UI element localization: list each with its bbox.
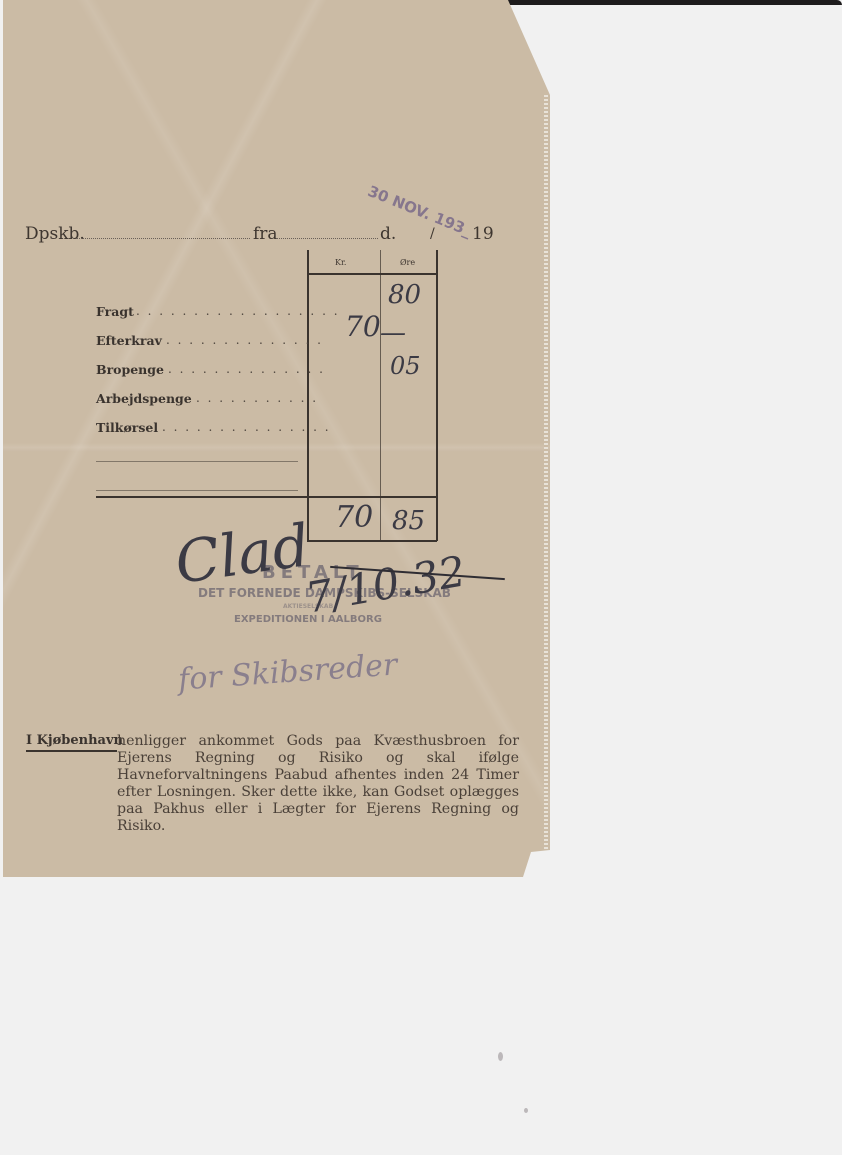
row-label-tilkorsel: Tilkørsel bbox=[96, 420, 158, 435]
year-prefix: 19 bbox=[472, 224, 494, 244]
table-header-line bbox=[307, 273, 437, 275]
leader-dots: . . . . . . . . . . . . . . bbox=[168, 362, 325, 376]
blank-row-line-1 bbox=[96, 461, 298, 462]
blank-row-line-2 bbox=[96, 490, 298, 491]
efterkrav-ore-dash: — bbox=[380, 318, 406, 348]
leader-dots: . . . . . . . . . . . . . . . . . . bbox=[136, 304, 340, 318]
column-ore: Øre bbox=[400, 258, 415, 267]
row-label-bropenge: Bropenge bbox=[96, 362, 164, 377]
total-kr-value: 70 bbox=[335, 500, 373, 535]
row-label-fragt: Fragt bbox=[96, 304, 134, 319]
scanner-edge bbox=[508, 0, 842, 5]
vessel-label: Dpskb. bbox=[25, 224, 85, 244]
table-bottom-line bbox=[307, 540, 437, 542]
leader-dots: . . . . . . . . . . . . . . . bbox=[162, 420, 331, 434]
efterkrav-kr-value: 70 bbox=[345, 310, 381, 343]
notice-heading: I Kjøbenhavn bbox=[26, 733, 123, 748]
date-label: d. bbox=[380, 224, 396, 244]
leader-dots: . . . . . . . . . . . bbox=[196, 391, 318, 405]
bropenge-ore-value: 05 bbox=[390, 352, 421, 380]
vessel-field bbox=[76, 238, 250, 239]
leader-dots: . . . . . . . . . . . . . . bbox=[166, 333, 323, 347]
notice-heading-underline bbox=[26, 750, 117, 752]
from-label: fra bbox=[253, 224, 278, 244]
total-ore-value: 85 bbox=[392, 506, 425, 536]
paid-stamp-office: EXPEDITIONEN I AALBORG bbox=[234, 614, 382, 625]
row-label-arbejdspenge: Arbejdspenge bbox=[96, 391, 192, 406]
scan-speck bbox=[524, 1108, 528, 1113]
row-label-efterkrav: Efterkrav bbox=[96, 333, 162, 348]
fragt-ore-value: 80 bbox=[388, 280, 421, 310]
scan-speck bbox=[498, 1052, 503, 1061]
notice-text: henligger ankommet Gods paa Kvæsthusbroe… bbox=[117, 733, 519, 835]
column-kr: Kr. bbox=[335, 258, 346, 267]
total-line bbox=[96, 496, 437, 498]
from-field bbox=[276, 238, 378, 239]
perforated-edge bbox=[544, 95, 548, 850]
date-separator: / bbox=[430, 226, 435, 242]
